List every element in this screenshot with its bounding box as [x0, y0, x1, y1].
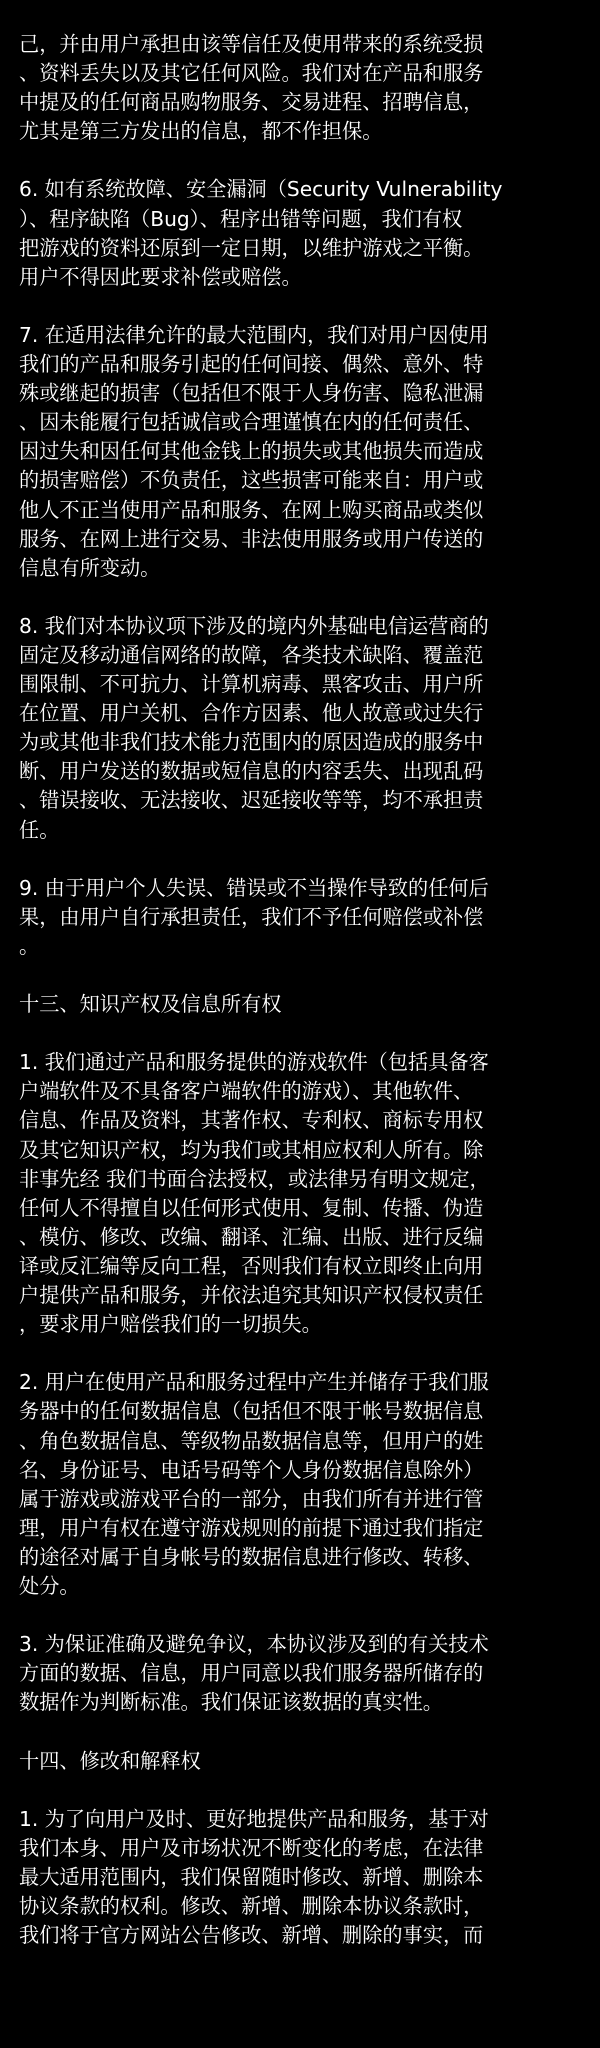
text-line: 属于游戏或游戏平台的一部分，由我们所有并进行管: [19, 1485, 589, 1514]
text-line: 尤其是第三方发出的信息，都不作担保。: [19, 117, 589, 146]
text-line: 的途径对属于自身帐号的数据信息进行修改、转移、: [19, 1543, 589, 1572]
text-line: 果，由用户自行承担责任，我们不予任何赔偿或补偿: [19, 903, 589, 932]
text-line: 信息、作品及资料，其著作权、专利权、商标专用权: [19, 1106, 589, 1135]
heading-text: 十四、修改和解释权: [19, 1747, 589, 1776]
text-line: 固定及移动通信网络的故障，各类技术缺陷、覆盖范: [19, 641, 589, 670]
text-line: 服务、在网上进行交易、非法使用服务或用户传送的: [19, 525, 589, 554]
text-line: 殊或继起的损害（包括但不限于人身伤害、隐私泄漏: [19, 379, 589, 408]
text-line: 户端软件及不具备客户端软件的游戏）、其他软件、: [19, 1077, 589, 1106]
paragraph-spacer: [19, 292, 589, 321]
clause-paragraph: 2. 用户在使用产品和服务过程中产生并储存于我们服务器中的任何数据信息（包括但不…: [19, 1368, 589, 1601]
text-line: 因过失和因任何其他金钱上的损失或其他损失而造成: [19, 437, 589, 466]
text-line: 及其它知识产权，均为我们或其相应权利人所有。除: [19, 1136, 589, 1165]
text-line: 。: [19, 932, 589, 961]
text-line: 用户不得因此要求补偿或赔偿。: [19, 263, 589, 292]
clause-paragraph: 1. 为了向用户及时、更好地提供产品和服务，基于对我们本身、用户及市场状况不断变…: [19, 1805, 589, 1950]
text-line: 6. 如有系统故障、安全漏洞（Security Vulnerability: [19, 175, 589, 204]
text-line: 译或反汇编等反向工程，否则我们有权立即终止向用: [19, 1252, 589, 1281]
text-line: 的损害赔偿）不负责任，这些损害可能来自：用户或: [19, 466, 589, 495]
paragraph-spacer: [19, 1717, 589, 1746]
clause-paragraph: 8. 我们对本协议项下涉及的境内外基础电信运营商的固定及移动通信网络的故障，各类…: [19, 612, 589, 845]
text-line: 3. 为保证准确及避免争议，本协议涉及到的有关技术: [19, 1630, 589, 1659]
text-line: 我们的产品和服务引起的任何间接、偶然、意外、特: [19, 350, 589, 379]
clause-paragraph: 9. 由于用户个人失误、错误或不当操作导致的任何后果，由用户自行承担责任，我们不…: [19, 874, 589, 961]
text-line: 非事先经 我们书面合法授权，或法律另有明文规定，: [19, 1165, 589, 1194]
agreement-document: 己，并由用户承担由该等信任及使用带来的系统受损、资料丢失以及其它任何风险。我们对…: [0, 0, 589, 1950]
text-line: 7. 在适用法律允许的最大范围内，我们对用户因使用: [19, 321, 589, 350]
text-line: 、因未能履行包括诚信或合理谨慎在内的任何责任、: [19, 408, 589, 437]
paragraph-spacer: [19, 1339, 589, 1368]
paragraph-spacer: [19, 583, 589, 612]
text-line: 在位置、用户关机、合作方因素、他人故意或过失行: [19, 699, 589, 728]
clause-paragraph: 6. 如有系统故障、安全漏洞（Security Vulnerability）、程…: [19, 175, 589, 291]
clause-paragraph: 7. 在适用法律允许的最大范围内，我们对用户因使用我们的产品和服务引起的任何间接…: [19, 321, 589, 583]
text-line: 、模仿、修改、改编、翻译、汇编、出版、进行反编: [19, 1223, 589, 1252]
text-line: 数据作为判断标准。我们保证该数据的真实性。: [19, 1688, 589, 1717]
text-line: 、资料丢失以及其它任何风险。我们对在产品和服务: [19, 59, 589, 88]
text-line: 名、身份证号、电话号码等个人身份数据信息除外）: [19, 1456, 589, 1485]
text-line: 任何人不得擅自以任何形式使用、复制、传播、伪造: [19, 1194, 589, 1223]
text-line: 把游戏的资料还原到一定日期，以维护游戏之平衡。: [19, 234, 589, 263]
text-line: 处分。: [19, 1572, 589, 1601]
text-line: 1. 为了向用户及时、更好地提供产品和服务，基于对: [19, 1805, 589, 1834]
text-line: 我们将于官方网站公告修改、新增、删除的事实，而: [19, 1921, 589, 1950]
paragraph-spacer: [19, 146, 589, 175]
paragraph-spacer: [19, 1601, 589, 1630]
text-line: 8. 我们对本协议项下涉及的境内外基础电信运营商的: [19, 612, 589, 641]
text-line: 务器中的任何数据信息（包括但不限于帐号数据信息: [19, 1397, 589, 1426]
text-line: 1. 我们通过产品和服务提供的游戏软件（包括具备客: [19, 1048, 589, 1077]
text-line: 己，并由用户承担由该等信任及使用带来的系统受损: [19, 30, 589, 59]
text-line: 、错误接收、无法接收、迟延接收等等，均不承担责: [19, 786, 589, 815]
text-line: 户提供产品和服务，并依法追究其知识产权侵权责任: [19, 1281, 589, 1310]
text-line: 9. 由于用户个人失误、错误或不当操作导致的任何后: [19, 874, 589, 903]
text-line: 协议条款的权利。修改、新增、删除本协议条款时，: [19, 1892, 589, 1921]
paragraph-spacer: [19, 961, 589, 990]
text-line: 中提及的任何商品购物服务、交易进程、招聘信息，: [19, 88, 589, 117]
text-line: 断、用户发送的数据或短信息的内容丢失、出现乱码: [19, 757, 589, 786]
clause-paragraph: 己，并由用户承担由该等信任及使用带来的系统受损、资料丢失以及其它任何风险。我们对…: [19, 30, 589, 146]
text-line: 最大适用范围内，我们保留随时修改、新增、删除本: [19, 1863, 589, 1892]
text-line: 我们本身、用户及市场状况不断变化的考虑，在法律: [19, 1834, 589, 1863]
text-line: 任。: [19, 816, 589, 845]
text-line: 方面的数据、信息，用户同意以我们服务器所储存的: [19, 1659, 589, 1688]
text-line: ，要求用户赔偿我们的一切损失。: [19, 1310, 589, 1339]
paragraph-spacer: [19, 1776, 589, 1805]
text-line: 、角色数据信息、等级物品数据信息等，但用户的姓: [19, 1427, 589, 1456]
text-line: 信息有所变动。: [19, 554, 589, 583]
clause-paragraph: 1. 我们通过产品和服务提供的游戏软件（包括具备客户端软件及不具备客户端软件的游…: [19, 1048, 589, 1339]
text-line: 围限制、不可抗力、计算机病毒、黑客攻击、用户所: [19, 670, 589, 699]
paragraph-spacer: [19, 1019, 589, 1048]
paragraph-spacer: [19, 845, 589, 874]
text-line: 为或其他非我们技术能力范围内的原因造成的服务中: [19, 728, 589, 757]
heading-text: 十三、知识产权及信息所有权: [19, 990, 589, 1019]
text-line: 理，用户有权在遵守游戏规则的前提下通过我们指定: [19, 1514, 589, 1543]
section-heading: 十四、修改和解释权: [19, 1747, 589, 1776]
text-line: 他人不正当使用产品和服务、在网上购买商品或类似: [19, 496, 589, 525]
clause-paragraph: 3. 为保证准确及避免争议，本协议涉及到的有关技术方面的数据、信息，用户同意以我…: [19, 1630, 589, 1717]
text-line: ）、程序缺陷（Bug）、程序出错等问题，我们有权: [19, 205, 589, 234]
text-line: 2. 用户在使用产品和服务过程中产生并储存于我们服: [19, 1368, 589, 1397]
section-heading: 十三、知识产权及信息所有权: [19, 990, 589, 1019]
